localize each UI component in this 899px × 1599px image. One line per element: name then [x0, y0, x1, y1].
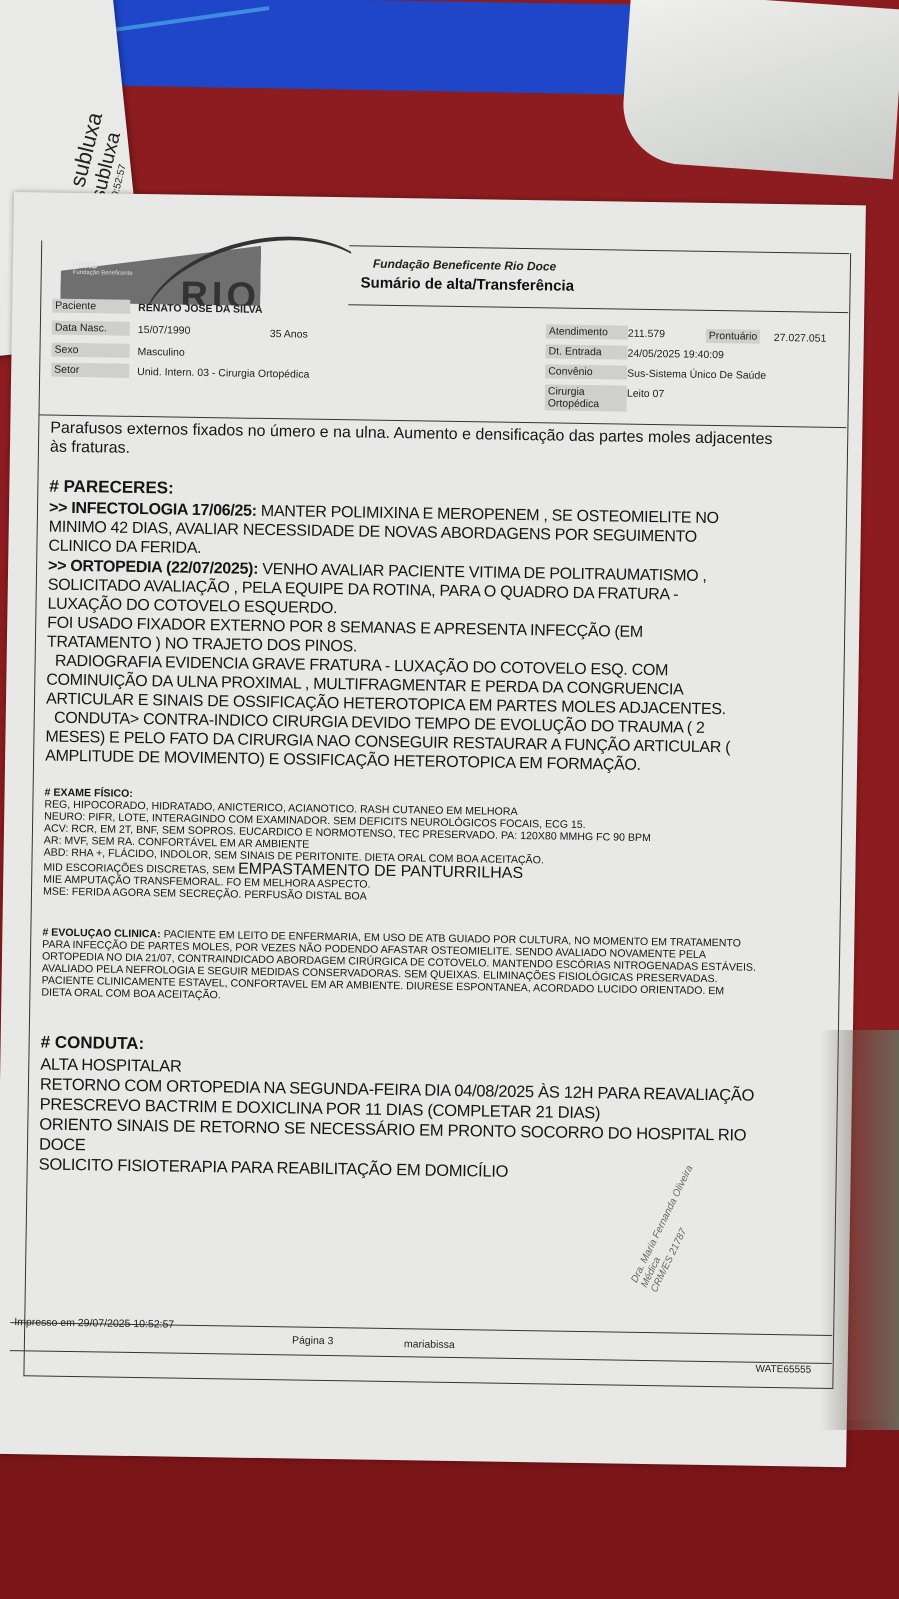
birth-date: 15/07/1990 — [138, 324, 191, 337]
plastic-bag — [619, 0, 899, 179]
page-number: Página 3 — [292, 1335, 334, 1348]
record-label: Prontuário — [706, 329, 761, 344]
record-number: 27.027.051 — [774, 332, 827, 345]
physical-exam: # EXAME FÍSICO: REG, HIPOCORADO, HIDRATA… — [43, 787, 845, 911]
patient-label: Paciente — [52, 299, 130, 314]
attendance-label: Atendimento — [546, 324, 628, 339]
patient-sex: Masculino — [137, 346, 184, 359]
document-title: Sumário de alta/Transferência — [360, 274, 574, 294]
orthopedics-opinion: >> ORTOPEDIA (22/07/2025): VENHO AVALIAR… — [45, 557, 848, 779]
hospital-logo: FBRDFundação Beneficente RIO DOCE — [60, 233, 351, 308]
infectology-label: >> INFECTOLOGIA 17/06/25: — [49, 500, 257, 520]
printed-by-user: mariabissa — [404, 1338, 455, 1351]
entry-datetime: 24/05/2025 19:40:09 — [627, 348, 724, 362]
insurance-label: Convênio — [545, 364, 627, 379]
hand-shadow — [820, 1030, 899, 1430]
blue-folder — [70, 0, 660, 95]
organization-name: Fundação Beneficente Rio Doce — [373, 257, 557, 274]
orthopedics-label: >> ORTOPEDIA (22/07/2025): — [48, 558, 258, 578]
sex-label: Sexo — [51, 343, 129, 358]
logo-acronym: FBRD — [73, 260, 98, 270]
patient-age: 35 Anos — [270, 328, 308, 341]
document-code: WATE65555 — [756, 1364, 812, 1376]
insurance-value: Sus-Sistema Único De Saúde — [627, 368, 766, 382]
discharge-summary-sheet: FBRDFundação Beneficente RIO DOCE Fundaç… — [0, 192, 866, 1467]
conduct-list: ALTA HOSPITALAR RETORNO COM ORTOPEDIA NA… — [39, 1055, 841, 1188]
clinical-evolution: # EVOLUÇAO CLINICA: PACIENTE EM LEITO DE… — [41, 927, 842, 1012]
printed-timestamp: Impresso em 29/07/2025 10:52:57 — [14, 1316, 174, 1331]
bed-number: Leito 07 — [627, 388, 665, 401]
entry-label: Dt. Entrada — [545, 344, 627, 359]
birth-label: Data Nasc. — [52, 321, 130, 336]
document-header: Fundação Beneficente Rio Doce Sumário de… — [348, 245, 849, 313]
logo-subtitle: Fundação Beneficente — [73, 270, 133, 278]
sector-label: Setor — [51, 363, 129, 378]
patient-name: RENATO JOSE DA SILVA — [138, 302, 262, 316]
attendance-number: 211.579 — [628, 328, 665, 341]
specialty-label: Cirurgia Ortopédica — [545, 384, 627, 411]
